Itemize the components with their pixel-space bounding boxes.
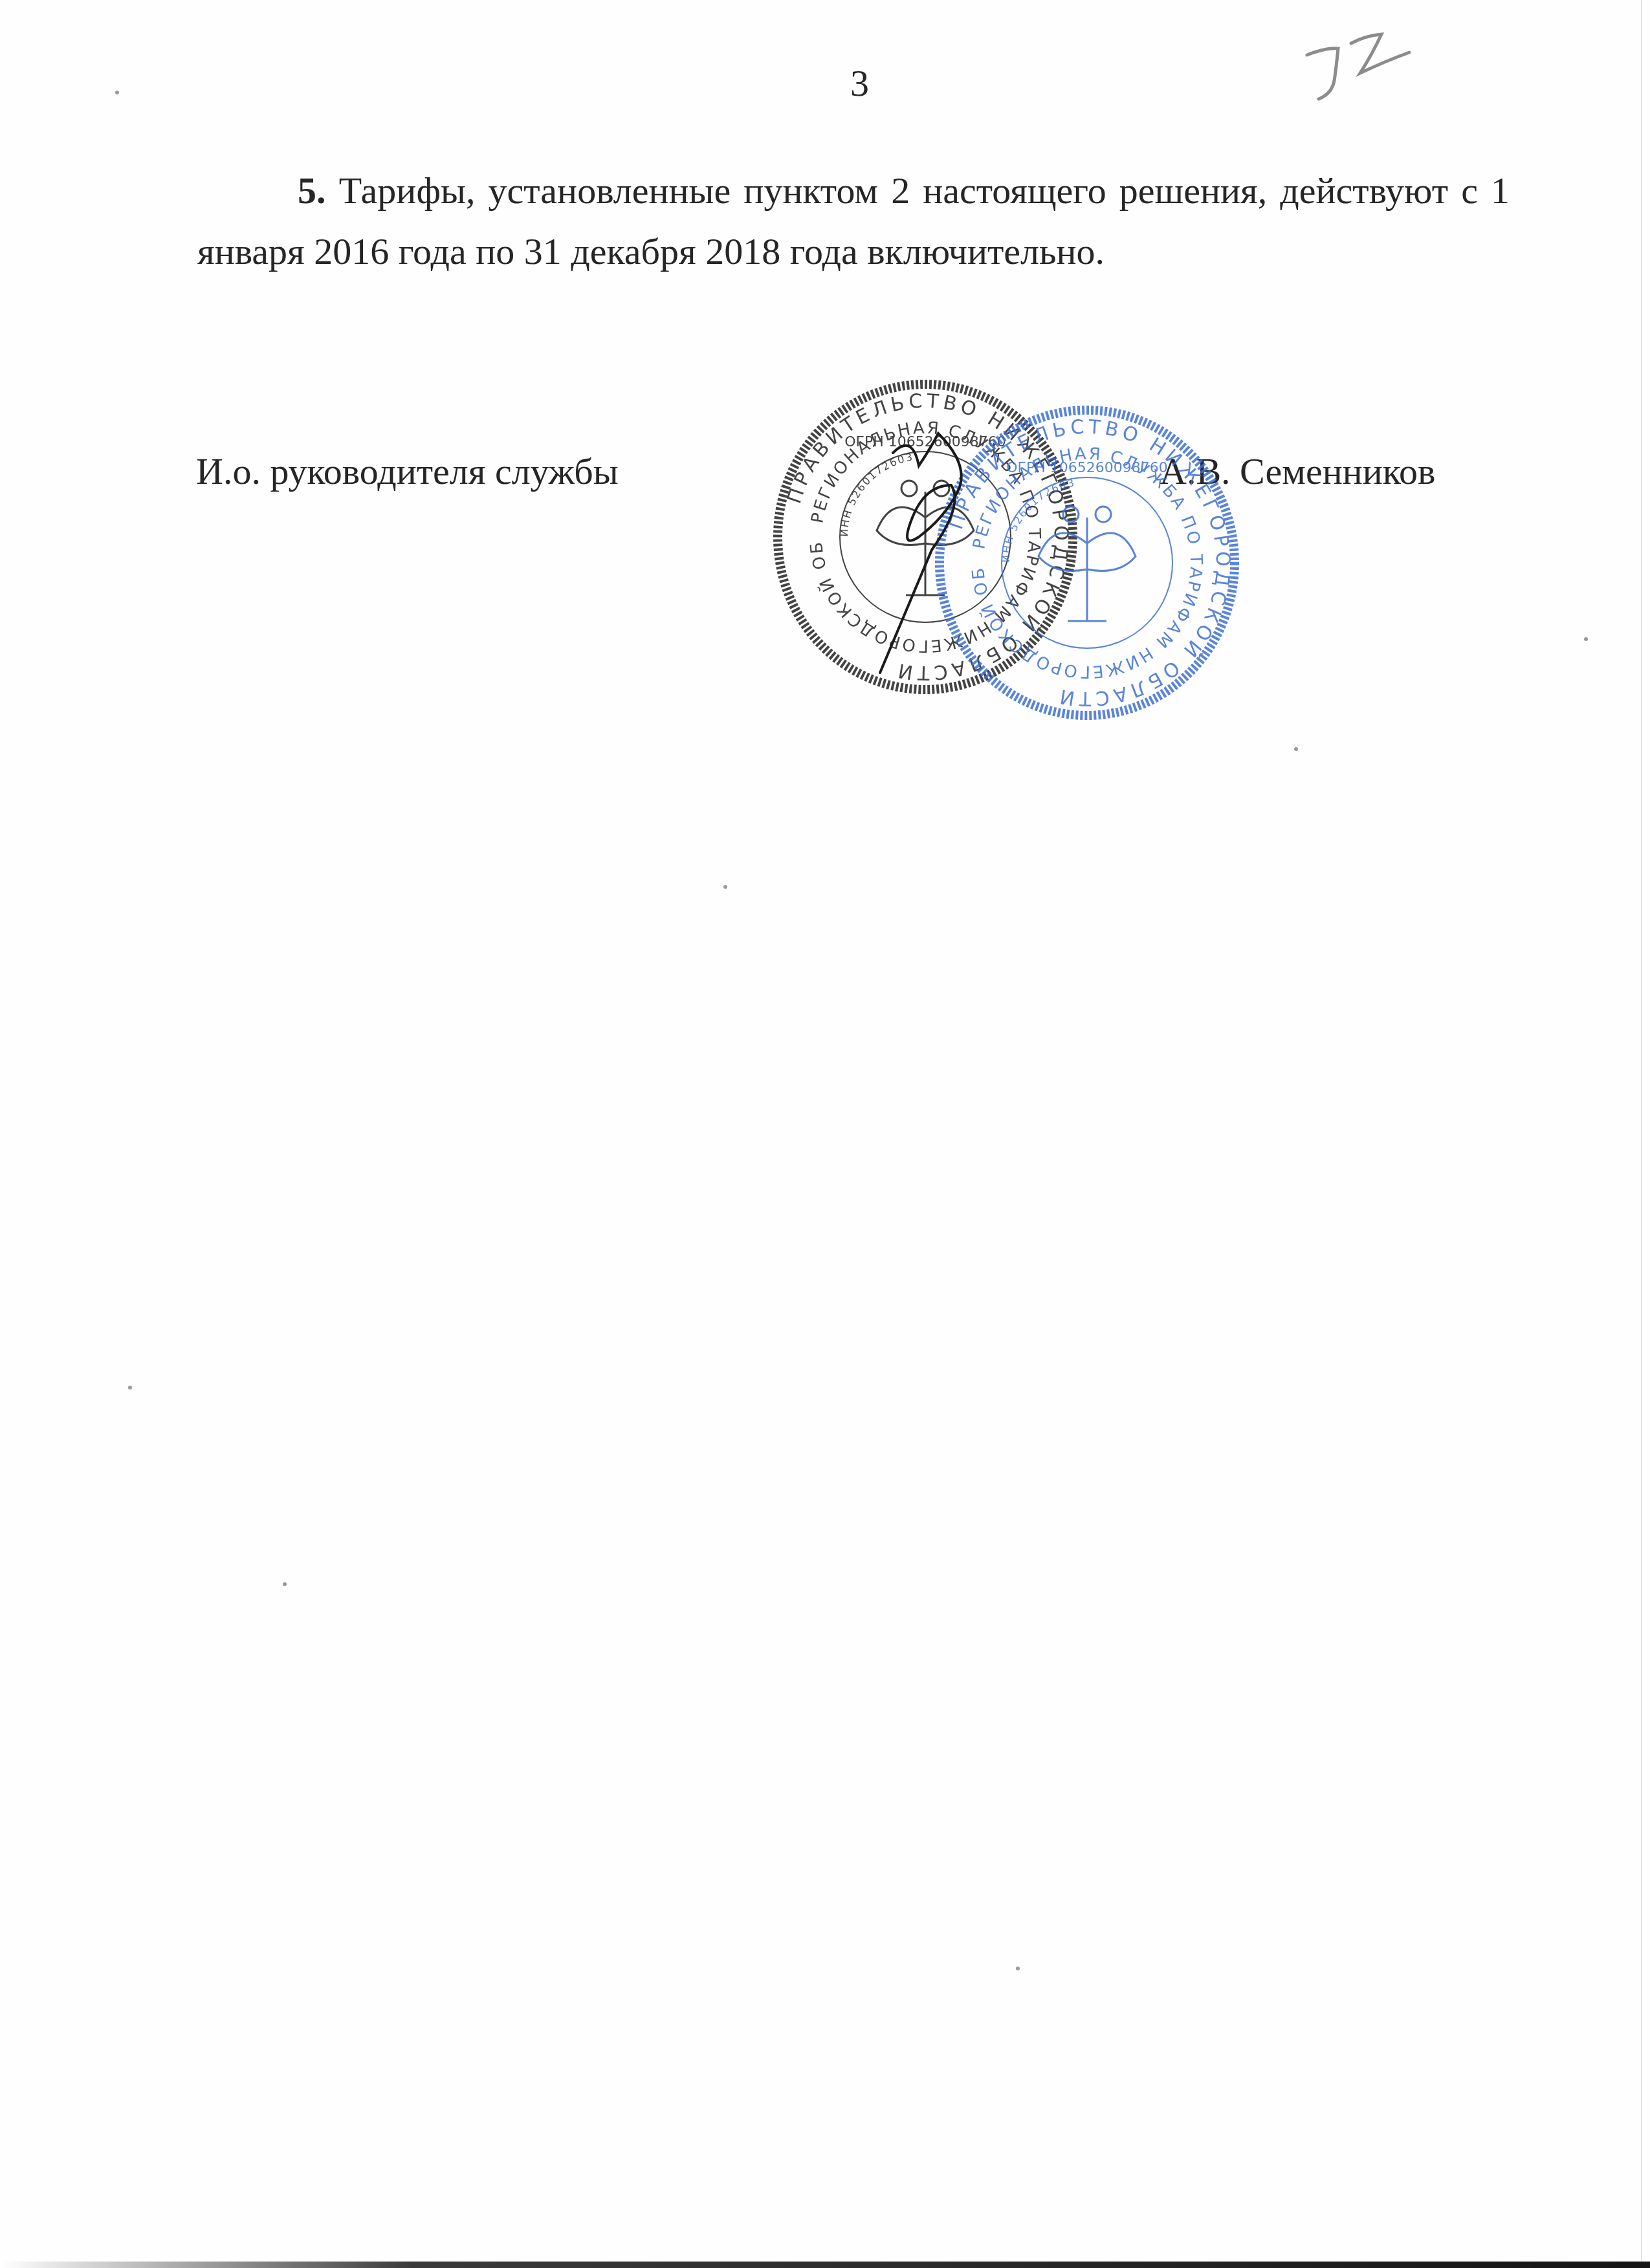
- scan-speck: [1294, 747, 1298, 751]
- paragraph-number: 5.: [298, 169, 326, 212]
- signatory-position: И.о. руководителя службы: [196, 453, 619, 490]
- pencil-page-mark: 37: [1301, 29, 1411, 107]
- paragraph-text: Тарифы, установленные пунктом 2 настояще…: [197, 169, 1510, 272]
- scan-speck: [128, 1386, 132, 1390]
- svg-text:ОГРН 1065260098760: ОГРН 1065260098760: [1006, 460, 1168, 476]
- scan-edge-right: [1641, 0, 1642, 2268]
- svg-text:ОГРН 1065260098760: ОГРН 1065260098760: [844, 434, 1006, 450]
- scan-speck: [283, 1582, 287, 1586]
- scanned-page: 3 37 5. Тарифы, установленные пунктом 2 …: [0, 0, 1650, 2268]
- scan-edge-bottom: [0, 2262, 1650, 2268]
- official-seals: ПРАВИТЕЛЬСТВО НИЖЕГОРОДСКОЙ ОБЛАСТИ РЕГИ…: [764, 336, 1294, 737]
- scan-speck: [1016, 1967, 1020, 1970]
- scan-speck: [723, 885, 727, 889]
- scan-speck: [1584, 637, 1588, 641]
- scan-speck: [115, 91, 119, 94]
- paragraph-5: 5. Тарифы, установленные пунктом 2 насто…: [197, 160, 1510, 282]
- page-number: 3: [850, 65, 869, 102]
